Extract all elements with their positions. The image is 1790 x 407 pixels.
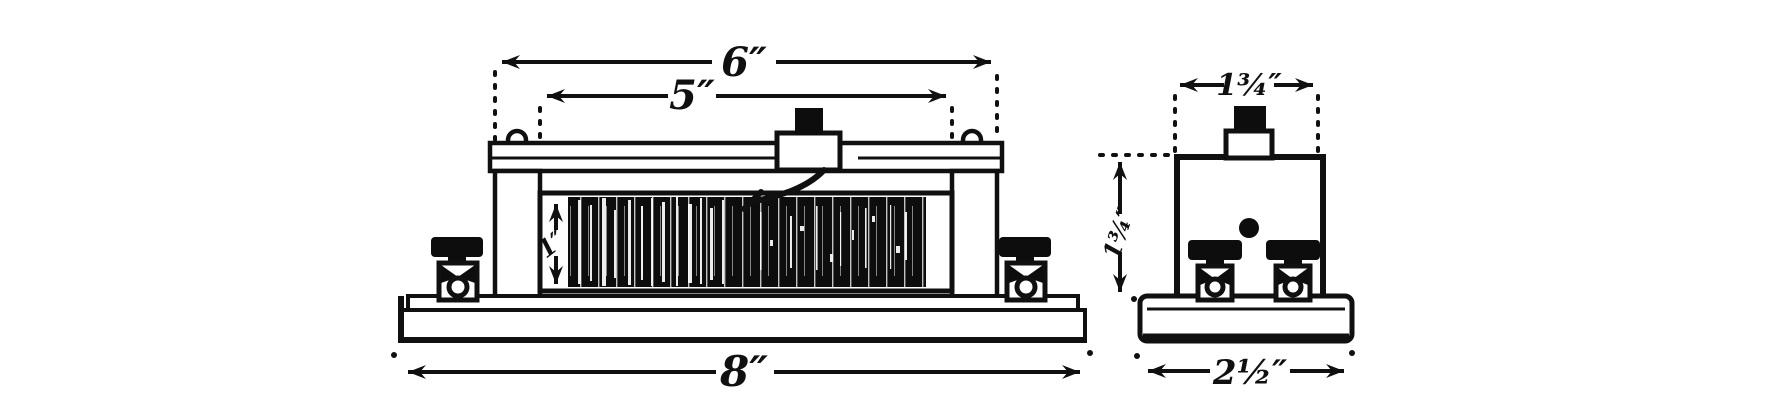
dim-label-coil-span: 5″ [669, 72, 715, 119]
dim-label-base-width: 2½″ [1212, 353, 1287, 393]
end-binding-post-right [1266, 240, 1320, 300]
end-knob [1226, 106, 1272, 158]
binding-post-left [431, 237, 483, 300]
figure-canvas: 6″ 5″ [0, 0, 1790, 407]
front-view: 6″ 5″ [391, 39, 1093, 396]
drawing-page: 6″ 5″ [0, 0, 1790, 407]
right-upright [952, 171, 997, 298]
end-binding-post-left [1188, 240, 1242, 300]
end-base [1140, 296, 1352, 341]
dim-label-overall-width: 6″ [721, 39, 767, 86]
dim-label-base-length: 8″ [719, 347, 768, 396]
top-bar [490, 143, 1002, 171]
dim-label-top-width: 1¾″ [1216, 68, 1282, 103]
end-view: 1¾″ 1¾″ [1097, 68, 1355, 393]
center-hole [1239, 218, 1259, 238]
front-base [398, 296, 1087, 340]
dim-label-body-height: 1¾″ [1097, 203, 1141, 262]
slider-knob [795, 108, 823, 135]
left-upright [495, 171, 540, 298]
binding-post-right [999, 237, 1051, 300]
dimension-coil-span [540, 96, 952, 140]
